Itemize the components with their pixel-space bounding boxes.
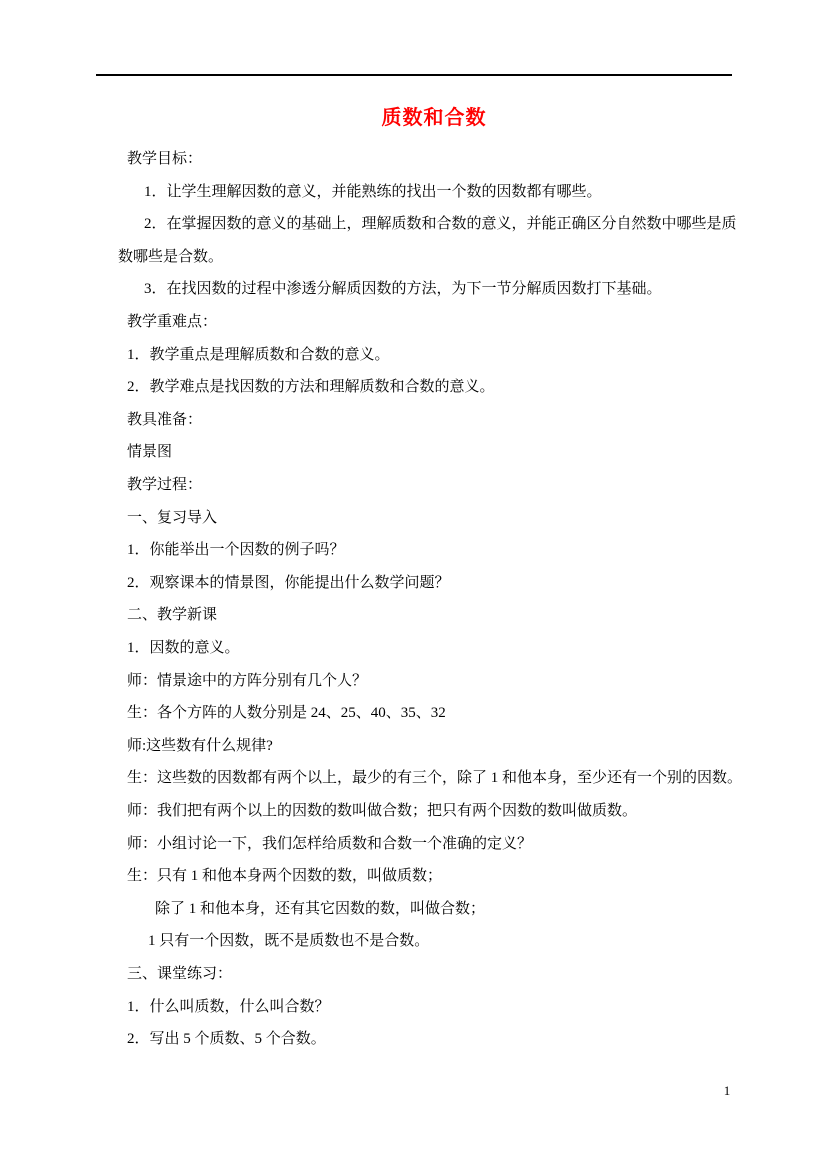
text-line: 教学过程： [127,476,202,495]
text-line: 师:这些数有什么规律? [127,737,273,756]
text-line: 教具准备： [127,411,202,430]
text-line: 生：各个方阵的人数分别是 24、25、40、35、32 [127,704,446,723]
text-line: 1．什么叫质数，什么叫合数？ [127,998,330,1017]
text-line: 生：这些数的因数都有两个以上，最少的有三个，除了 1 和他本身，至少还有一个别的… [127,769,742,788]
text-line: 2．教学难点是找因数的方法和理解质数和合数的意义。 [127,378,495,397]
text-line: 2．观察课本的情景图，你能提出什么数学问题？ [127,574,450,593]
text-line: 教学目标： [127,150,202,169]
text-line: 二、教学新课 [127,606,217,625]
text-line: 除了 1 和他本身，还有其它因数的数，叫做合数； [155,900,485,919]
text-line: 生：只有 1 和他本身两个因数的数，叫做质数； [127,867,442,886]
text-line: 1 只有一个因数，既不是质数也不是合数。 [148,932,429,951]
document-body: 教学目标：1．让学生理解因数的意义，并能熟练的找出一个数的因数都有哪些。2．在掌… [0,0,827,1170]
text-line: 师：我们把有两个以上的因数的数叫做合数；把只有两个因数的数叫做质数。 [127,802,637,821]
text-line: 师：小组讨论一下，我们怎样给质数和合数一个准确的定义？ [127,835,532,854]
text-line: 1．让学生理解因数的意义，并能熟练的找出一个数的因数都有哪些。 [144,183,602,202]
text-line: 3．在找因数的过程中渗透分解质因数的方法，为下一节分解质因数打下基础。 [144,280,662,299]
page-number: 1 [719,1083,735,1099]
text-line: 2．在掌握因数的意义的基础上，理解质数和合数的意义，并能正确区分自然数中哪些是质 [144,215,737,234]
text-line: 数哪些是合数。 [118,248,223,267]
text-line: 一、复习导入 [127,509,217,528]
text-line: 三、课堂练习： [127,965,232,984]
text-line: 1．你能举出一个因数的例子吗？ [127,541,345,560]
text-line: 师：情景途中的方阵分别有几个人？ [127,672,367,691]
text-line: 情景图 [127,443,172,462]
text-line: 1．教学重点是理解质数和合数的意义。 [127,346,390,365]
text-line: 教学重难点： [127,313,217,332]
text-line: 2．写出 5 个质数、5 个合数。 [127,1030,326,1049]
text-line: 1．因数的意义。 [127,639,240,658]
document-page: 质数和合数 教学目标：1．让学生理解因数的意义，并能熟练的找出一个数的因数都有哪… [0,0,827,1170]
